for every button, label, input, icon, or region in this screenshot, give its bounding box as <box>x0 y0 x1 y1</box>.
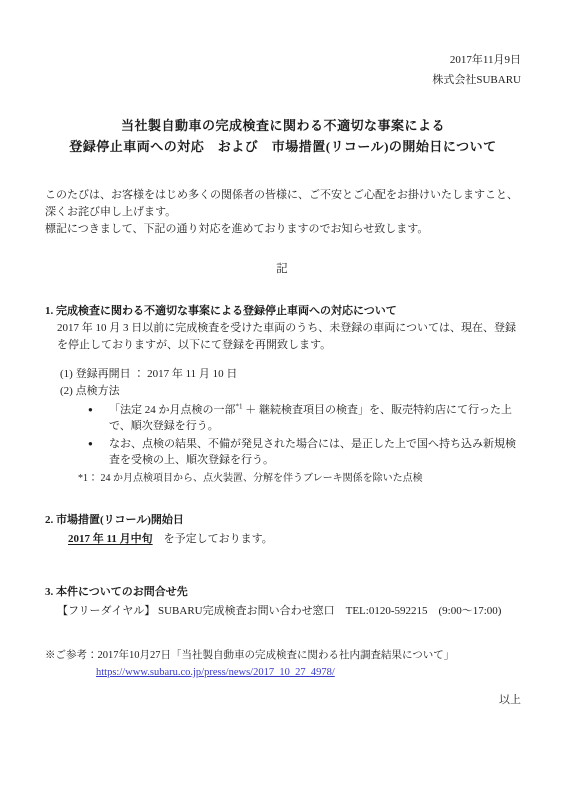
intro-paragraph-notice: 標記につきまして、下記の通り対応を進めておりますのでお知らせ致します。 <box>45 221 521 238</box>
section2-body-rest: を予定しております。 <box>153 533 273 545</box>
section1-body: 2017 年 10 月 3 日以前に完成検査を受けた車両のうち、未登録の車両につ… <box>57 320 521 354</box>
footnote-ref-marker: *1 <box>236 402 243 410</box>
press-release-link[interactable]: https://www.subaru.co.jp/press/news/2017… <box>96 667 335 678</box>
section3-heading: 3. 本件についてのお問合せ先 <box>45 584 521 601</box>
reference-label: ※ご参考：2017年10月27日「当社製自動車の完成検査に関わる社内調査結果につ… <box>45 647 521 664</box>
section1-items: (1) 登録再開日 ： 2017 年 11 月 10 日 (2) 点検方法 ● … <box>60 366 521 486</box>
section-contact: 3. 本件についてのお問合せ先 【フリーダイヤル】 SUBARU完成検査お問い合… <box>45 584 521 620</box>
title-line-1: 当社製自動車の完成検査に関わる不適切な事案による <box>45 115 521 136</box>
item-inspection-method: (2) 点検方法 <box>60 383 521 400</box>
reference-link-row: https://www.subaru.co.jp/press/news/2017… <box>96 664 521 681</box>
document-title: 当社製自動車の完成検査に関わる不適切な事案による 登録停止車両への対応 および … <box>45 115 521 157</box>
list-item-inspection-procedure: ● 「法定 24 か月点検の一部*1 ＋ 継続検査項目の検査」を、販売特約店にて… <box>88 402 521 434</box>
document-date: 2017年11月9日 <box>45 50 521 70</box>
closing-mark: 以上 <box>45 691 521 707</box>
bullet2-text: なお、点検の結果、不備が発見された場合には、是正した上で国へ持ち込み新規検査を受… <box>109 436 521 468</box>
document-header: 2017年11月9日 株式会社SUBARU <box>45 50 521 90</box>
bullet1-text-pre: 「法定 24 か月点検の一部 <box>109 404 236 416</box>
intro-paragraph-apology: このたびは、お客様をはじめ多くの関係者の皆様に、ご不安とご心配をお掛けいたします… <box>45 187 521 221</box>
section-recall-start-date: 2. 市場措置(リコール)開始日 2017 年 11 月中旬 を予定しております… <box>45 512 521 548</box>
item-registration-restart-date: (1) 登録再開日 ： 2017 年 11 月 10 日 <box>60 366 521 383</box>
recall-date-emphasis: 2017 年 11 月中旬 <box>68 533 153 545</box>
document-page: 2017年11月9日 株式会社SUBARU 当社製自動車の完成検査に関わる不適切… <box>0 0 566 800</box>
list-item-defect-handling: ● なお、点検の結果、不備が発見された場合には、是正した上で国へ持ち込み新規検査… <box>88 436 521 468</box>
section2-heading: 2. 市場措置(リコール)開始日 <box>45 512 521 529</box>
reference-block: ※ご参考：2017年10月27日「当社製自動車の完成検査に関わる社内調査結果につ… <box>45 647 521 681</box>
bullet1-text: 「法定 24 か月点検の一部*1 ＋ 継続検査項目の検査」を、販売特約店にて行っ… <box>109 402 521 434</box>
contact-info: 【フリーダイヤル】 SUBARU完成検査お問い合わせ窓口 TEL:0120-59… <box>57 603 521 620</box>
section-registration-response: 1. 完成検査に関わる不適切な事案による登録停止車両への対応について 2017 … <box>45 303 521 486</box>
intro-block: このたびは、お客様をはじめ多くの関係者の皆様に、ご不安とご心配をお掛けいたします… <box>45 187 521 238</box>
section2-body: 2017 年 11 月中旬 を予定しております。 <box>68 531 521 548</box>
notice-marker: 記 <box>45 260 521 276</box>
footnote-1: *1： 24 か月点検項目から、点火装置、分解を伴うブレーキ関係を除いた点検 <box>78 471 521 486</box>
bullet-icon: ● <box>88 436 98 468</box>
title-line-2: 登録停止車両への対応 および 市場措置(リコール)の開始日について <box>45 136 521 157</box>
bullet-icon: ● <box>88 402 98 434</box>
section1-heading: 1. 完成検査に関わる不適切な事案による登録停止車両への対応について <box>45 303 521 320</box>
company-name: 株式会社SUBARU <box>45 70 521 90</box>
